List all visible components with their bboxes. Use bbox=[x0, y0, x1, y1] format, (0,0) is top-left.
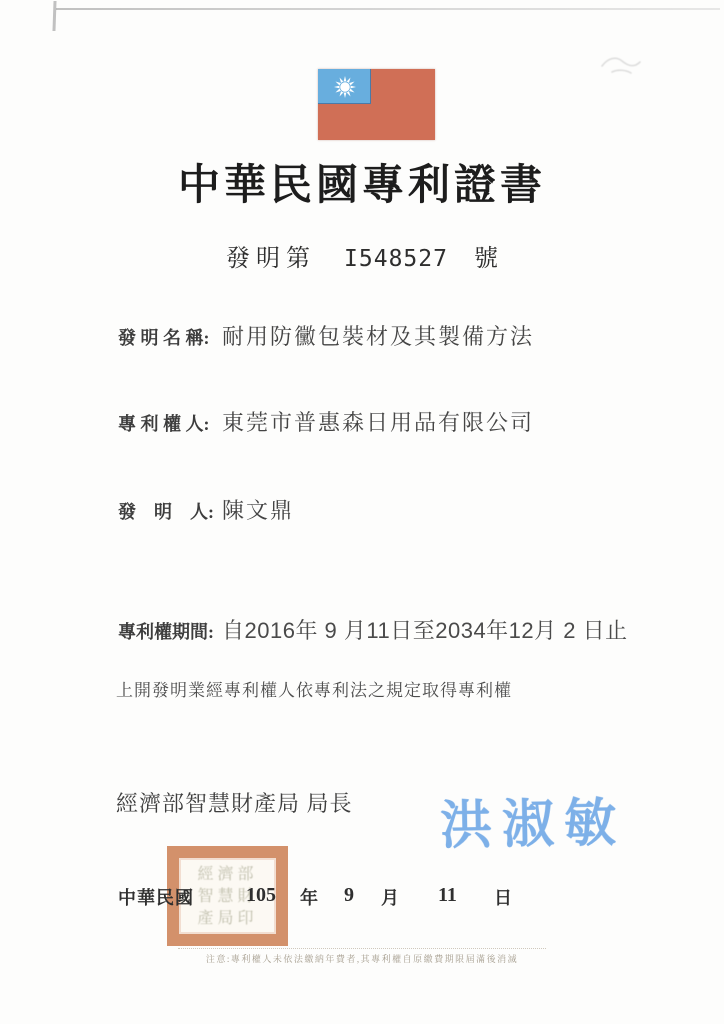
cert-no-suffix: 號 bbox=[474, 246, 498, 272]
date-era: 中華民國 bbox=[118, 884, 194, 910]
date-year-unit: 年 bbox=[300, 884, 318, 910]
patent-certificate-page: 中華民國專利證書 發明第I548527號 發 明 名 稱:耐用防黴包裝材及其製備… bbox=[0, 0, 724, 1024]
field-label: 發 明 人: bbox=[118, 498, 218, 524]
field-label: 發 明 名 稱: bbox=[118, 324, 218, 350]
scan-artifact-corner-mark bbox=[52, 1, 56, 31]
date-month-unit: 月 bbox=[381, 884, 399, 910]
pencil-mark bbox=[598, 46, 654, 80]
sun-icon bbox=[333, 75, 357, 99]
flag-canton bbox=[318, 69, 371, 104]
director-general-signature: 洪淑敏 bbox=[439, 780, 626, 858]
field-patentee: 專 利 權 人:東莞市普惠森日用品有限公司 bbox=[118, 406, 534, 437]
certificate-number-line: 發明第I548527號 bbox=[0, 238, 724, 273]
date-year: 105 bbox=[246, 884, 276, 907]
field-inventor: 發 明 人:陳文鼎 bbox=[118, 494, 294, 525]
date-month: 9 bbox=[344, 884, 354, 907]
certificate-title: 中華民國專利證書 bbox=[0, 152, 724, 212]
roc-flag bbox=[318, 69, 435, 140]
scan-artifact-top-line bbox=[56, 8, 720, 10]
date-day: 11 bbox=[438, 884, 457, 907]
cert-no-prefix: 發明第 bbox=[226, 246, 316, 272]
field-patent-term: 專利權期間:自2016年 9 月11日至2034年12月 2 日止 bbox=[118, 614, 628, 645]
issue-date-line: 中華民國 105 年 9 月 11 日 bbox=[0, 884, 724, 910]
issuing-authority: 經濟部智慧財產局 局長 bbox=[116, 787, 353, 818]
field-invention-name: 發 明 名 稱:耐用防黴包裝材及其製備方法 bbox=[118, 320, 534, 351]
date-day-unit: 日 bbox=[494, 884, 512, 910]
field-value: 耐用防黴包裝材及其製備方法 bbox=[222, 324, 534, 349]
footnote: 注意:專利權人未依法繳納年費者,其專利權自原繳費期限屆滿後消滅 bbox=[178, 948, 546, 965]
field-value: 陳文鼎 bbox=[222, 498, 294, 523]
field-value: 自2016年 9 月11日至2034年12月 2 日止 bbox=[222, 618, 628, 643]
grant-statement: 上開發明業經專利權人依專利法之規定取得專利權 bbox=[116, 676, 512, 701]
field-label: 專 利 權 人: bbox=[118, 410, 218, 436]
field-label: 專利權期間: bbox=[118, 618, 218, 644]
cert-no-number: I548527 bbox=[344, 246, 448, 272]
field-value: 東莞市普惠森日用品有限公司 bbox=[222, 410, 534, 435]
